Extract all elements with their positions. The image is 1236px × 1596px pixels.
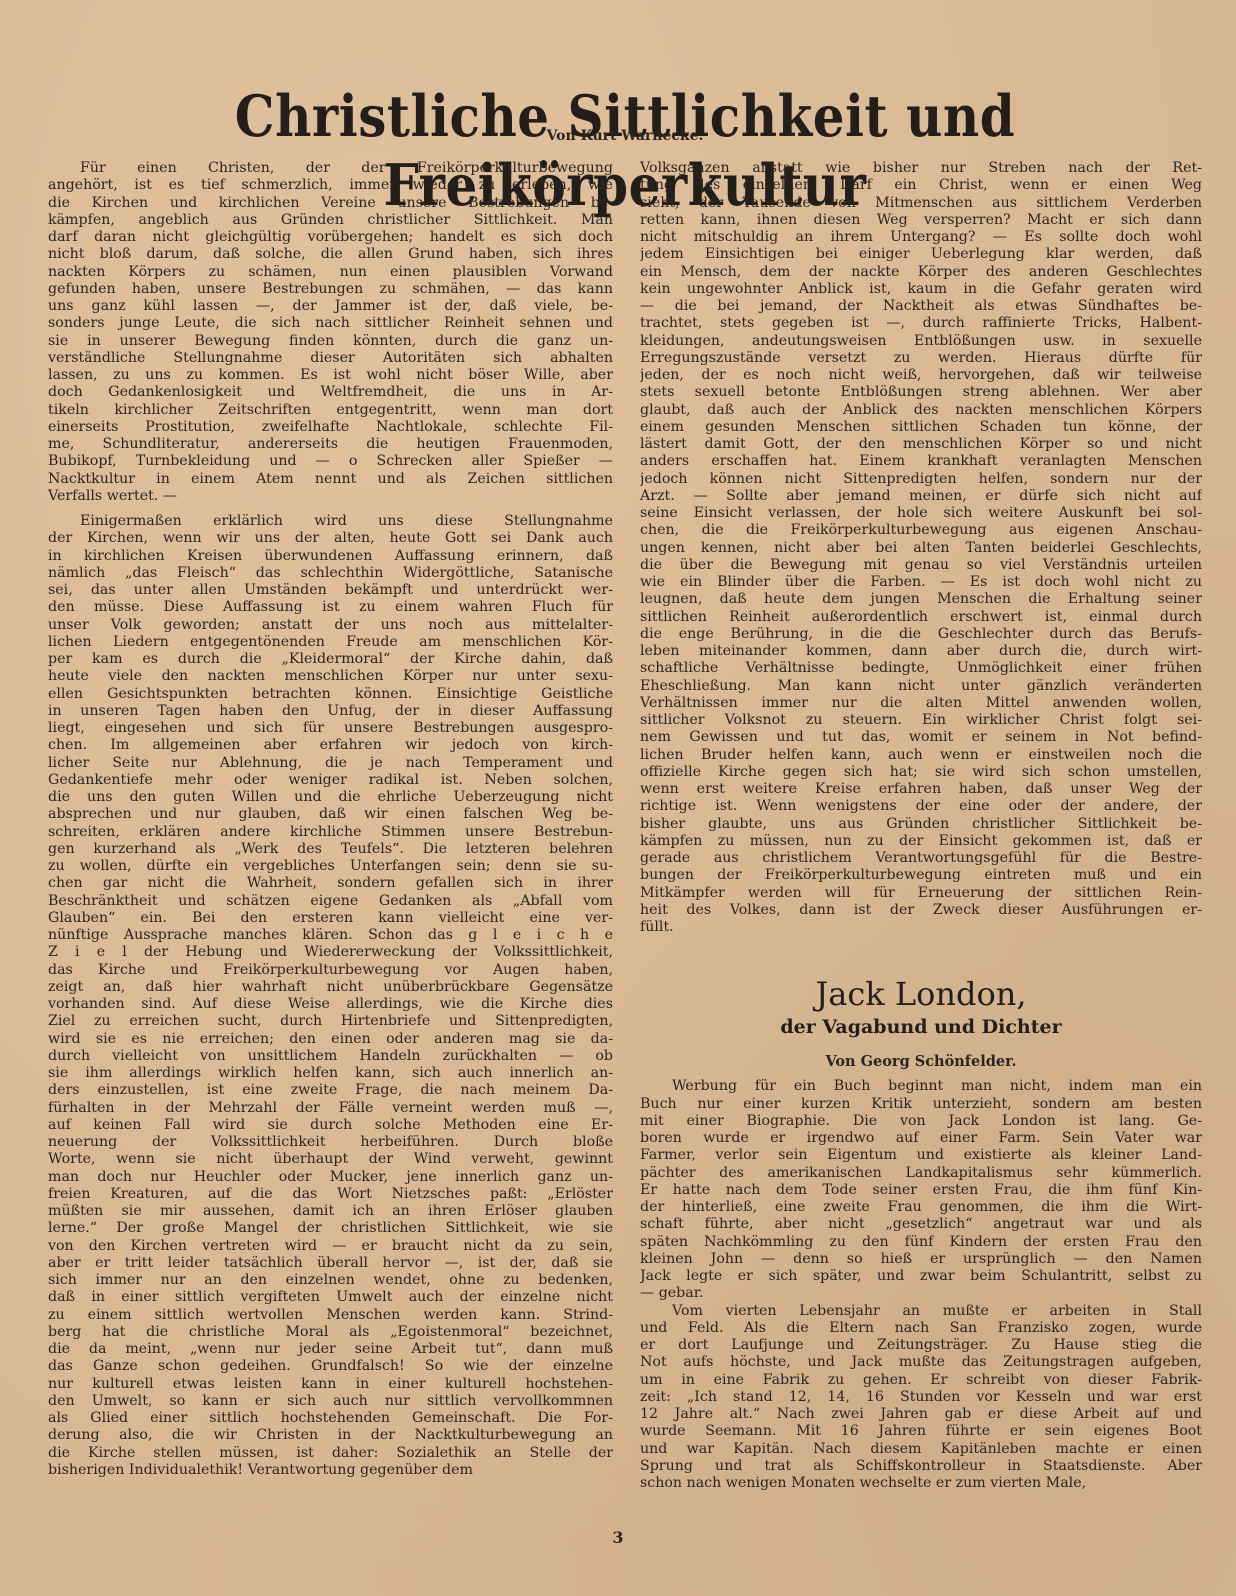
text-line: lichen Liedern entgegentönenden Freude a…	[48, 634, 613, 651]
second-article-paragraph-1: Werbung für ein Buch beginnt man nicht, …	[640, 1078, 1202, 1302]
text-line: zu wollen, dürfte ein vergebliches Unter…	[48, 858, 613, 875]
text-line: nünftige Aussprache manches klären. Scho…	[48, 927, 613, 944]
text-line: auf keinen Fall wird sie durch solche Me…	[48, 1117, 613, 1134]
text-line: uns ganz kühl lassen —, der Jammer ist d…	[48, 298, 613, 315]
page-number: 3	[608, 1528, 628, 1547]
text-line: Farmer, verlor sein Eigentum und existie…	[640, 1147, 1202, 1164]
text-line: leben miteinander kommen, dann aber durc…	[640, 643, 1202, 660]
text-line: ders einzustellen, ist eine zweite Frage…	[48, 1082, 613, 1099]
text-line: das Kirche und Freikörperkulturbewegung …	[48, 962, 613, 979]
text-line: und Feld. Als die Eltern nach San Franzi…	[640, 1320, 1202, 1337]
text-line: 12 Jahre alt.“ Nach zwei Jahren gab er d…	[640, 1406, 1202, 1423]
text-line: Werbung für ein Buch beginnt man nicht, …	[640, 1078, 1202, 1095]
text-line: tung des einzelnen! Darf ein Christ, wen…	[640, 177, 1202, 194]
text-line: lichen Bruder helfen kann, auch wenn er …	[640, 747, 1202, 764]
second-article-subtitle: der Vagabund und Dichter	[640, 1014, 1202, 1040]
text-line: chen gar nicht die Wahrheit, sondern gef…	[48, 875, 613, 892]
second-article-paragraph-2: Vom vierten Lebensjahr an mußte er arbei…	[640, 1303, 1202, 1493]
text-line: trachtet, stets gegeben ist —, durch raf…	[640, 315, 1202, 332]
text-line: per kam es durch die „Kleidermoral“ der …	[48, 651, 613, 668]
newspaper-page: Christliche Sittlichkeit und Freikörperk…	[0, 0, 1236, 1596]
text-line: wenn erst weitere Kreise erfahren haben,…	[640, 781, 1202, 798]
text-line: die Kirche stellen müssen, ist daher: So…	[48, 1445, 613, 1462]
text-line: verständliche Stellungnahme dieser Autor…	[48, 350, 613, 367]
article-byline: Von Kurt Warnecke.	[40, 128, 1210, 144]
text-line: nicht bloß darum, daß solche, die allen …	[48, 246, 613, 263]
text-line: zu einem sittlich wertvollen Menschen we…	[48, 1307, 613, 1324]
text-line: schreiten, erklären andere kirchliche St…	[48, 824, 613, 841]
text-line: wurde Seemann. Mit 16 Jahren führte er s…	[640, 1423, 1202, 1440]
text-line: chen, die die Freikörperkulturbewegung a…	[640, 522, 1202, 539]
text-line: Verhältnissen immer nur die alten Mittel…	[640, 695, 1202, 712]
text-line: als Glied einer sittlich hochstehenden G…	[48, 1410, 613, 1427]
text-line: lästert damit Gott, der den menschlichen…	[640, 436, 1202, 453]
text-line: sei, das unter allen Umständen bekämpft …	[48, 582, 613, 599]
second-article: Jack London, der Vagabund und Dichter Vo…	[640, 974, 1202, 1492]
text-line: kämpfen zu müssen, nun zu der Einsicht g…	[640, 833, 1202, 850]
text-line: lerne.“ Der große Mangel der christliche…	[48, 1220, 613, 1237]
text-line: stets sexuell betonte Entblößungen stren…	[640, 384, 1202, 401]
text-line: die enge Berührung, in die die Geschlech…	[640, 626, 1202, 643]
text-line: kleidungen, andeutungsweisen Entblößunge…	[640, 333, 1202, 350]
text-line: nackten Körpers zu schämen, nun einen pl…	[48, 264, 613, 281]
second-article-byline: Von Georg Schönfelder.	[640, 1052, 1202, 1072]
text-line: Buch nur einer kurzen Kritik unterzieht,…	[640, 1096, 1202, 1113]
text-line: unser Volk geworden; anstatt der uns noc…	[48, 617, 613, 634]
text-line: Verfalls wertet. —	[48, 488, 613, 505]
text-line: durch vielleicht von unsittlichem Handel…	[48, 1048, 613, 1065]
text-line: Erregungszustände versetzt zu werden. Hi…	[640, 350, 1202, 367]
text-line: aber er tritt leider tatsächlich überall…	[48, 1255, 613, 1272]
text-line: jeden, der es noch nicht weiß, hervorgeh…	[640, 367, 1202, 384]
text-line: gen kurzerhand als „Werk des Teufels“. D…	[48, 841, 613, 858]
text-line: nem Gewissen und tut das, womit er seine…	[640, 729, 1202, 746]
text-line: liegt, eingesehen und sich für unsere Be…	[48, 720, 613, 737]
text-line: glaubt, daß auch der Anblick des nackten…	[640, 402, 1202, 419]
text-line: lassen, zu uns zu kommen. Es ist wohl ni…	[48, 367, 613, 384]
text-line: heit des Volkes, dann ist der Zweck dies…	[640, 902, 1202, 919]
text-line: offizielle Kirche gegen sich hat; sie wi…	[640, 764, 1202, 781]
article-continuation: Volksganzen anstatt wie bisher nur Streb…	[640, 160, 1202, 936]
text-line: Ziel zu erreichen sucht, durch Hirtenbri…	[48, 1013, 613, 1030]
text-line: vorhanden sind. Auf diese Weise allerdin…	[48, 996, 613, 1013]
text-line: daß in einer sittlich vergifteten Umwelt…	[48, 1289, 613, 1306]
text-line: späten Nachkömmling zu den fünf Kindern …	[640, 1234, 1202, 1251]
text-line: fürhalten in der Mehrzahl der Fälle vern…	[48, 1100, 613, 1117]
text-line: von den Kirchen vertreten wird — er brau…	[48, 1238, 613, 1255]
text-line: kein ungewohnter Anblick ist, kaum in di…	[640, 281, 1202, 298]
text-line: gerade aus christlichem Verantwortungsge…	[640, 850, 1202, 867]
text-line: die da meint, „wenn nur jeder seine Arbe…	[48, 1341, 613, 1358]
text-line: Sprung und trat als Schiffskontrolleur i…	[640, 1458, 1202, 1475]
text-line: den müsse. Diese Auffassung ist zu einem…	[48, 599, 613, 616]
text-line: sittlicher Volksnot zu steuern. Ein wirk…	[640, 712, 1202, 729]
text-line: kleinen John — denn so hieß er ursprüngl…	[640, 1251, 1202, 1268]
text-line: darf daran nicht gleichgültig vorübergeh…	[48, 229, 613, 246]
text-line: sie ihm allerdings wirklich helfen kann,…	[48, 1065, 613, 1082]
text-line: einem gesunden Menschen sittlichen Schad…	[640, 419, 1202, 436]
right-column: Volksganzen anstatt wie bisher nur Streb…	[640, 160, 1202, 1492]
text-line: derung also, die wir Christen in der Nac…	[48, 1427, 613, 1444]
text-line: mit einer Biographie. Die von Jack Londo…	[640, 1113, 1202, 1130]
text-line: zeigt an, daß hier wahrhaft nicht unüber…	[48, 979, 613, 996]
text-line: Er hatte nach dem Tode seiner ersten Fra…	[640, 1182, 1202, 1199]
text-line: Beschränktheit und schätzen eigene Gedan…	[48, 893, 613, 910]
text-line: schon nach wenigen Monaten wechselte er …	[640, 1475, 1202, 1492]
text-line: gefunden haben, unsere Bestrebungen zu s…	[48, 281, 613, 298]
left-column: Für einen Christen, der der Freikörperku…	[48, 160, 613, 1479]
text-line: Für einen Christen, der der Freikörperku…	[48, 160, 613, 177]
text-line: jedem Einsichtigen bei einiger Ueberlegu…	[640, 246, 1202, 263]
text-line: zeit: „Ich stand 12, 14, 16 Stunden vor …	[640, 1389, 1202, 1406]
text-line: die über die Bewegung mit genau so viel …	[640, 557, 1202, 574]
text-line: — die bei jemand, der Nacktheit als etwa…	[640, 298, 1202, 315]
text-line: kämpfen, angeblich aus Gründen christlic…	[48, 212, 613, 229]
text-line: den Umwelt, so kann er sich auch nur sit…	[48, 1393, 613, 1410]
text-line: absprechen und nur glauben, daß wir eine…	[48, 806, 613, 823]
text-line: — gebar.	[640, 1285, 1202, 1302]
text-line: bisher glaubte, uns aus Gründen christli…	[640, 816, 1202, 833]
second-article-title: Jack London,	[640, 974, 1202, 1014]
text-line: pächter des amerikanischen Landkapitalis…	[640, 1165, 1202, 1182]
text-line: richtige ist. Wenn wenigstens der eine o…	[640, 798, 1202, 815]
text-line: angehört, ist es tief schmerzlich, immer…	[48, 177, 613, 194]
text-line: freien Kreaturen, auf die das Wort Nietz…	[48, 1186, 613, 1203]
text-line: Volksganzen anstatt wie bisher nur Streb…	[640, 160, 1202, 177]
text-line: tikeln kirchlicher Zeitschriften entgege…	[48, 402, 613, 419]
text-line: Gedankentiefe mehr oder weniger radikal …	[48, 772, 613, 789]
text-line: ellen Gesichtspunkten betrachten können.…	[48, 686, 613, 703]
text-line: sittlichen Reinheit außerordentlich ersc…	[640, 609, 1202, 626]
text-line: wird sie es nie erreichen; den einen ode…	[48, 1031, 613, 1048]
text-line: in unseren Tagen haben den Unfug, der in…	[48, 703, 613, 720]
text-line: berg hat die christliche Moral als „Egoi…	[48, 1324, 613, 1341]
text-line: Einigermaßen erklärlich wird uns diese S…	[48, 513, 613, 530]
text-line: Bubikopf, Turnbekleidung und — o Schreck…	[48, 453, 613, 470]
text-line: sie in unserer Bewegung finden könnten, …	[48, 333, 613, 350]
text-line: Z i e l der Hebung und Wiedererweckung d…	[48, 944, 613, 961]
text-line: doch Gedankenlosigkeit und Weltfremdheit…	[48, 384, 613, 401]
text-line: seine Einsicht verlassen, der hole sich …	[640, 505, 1202, 522]
text-line: die Kirchen und kirchlichen Vereine unse…	[48, 195, 613, 212]
text-line: anders erschaffen hat. Einem krankhaft v…	[640, 453, 1202, 470]
text-line: heute viele den nackten menschlichen Kör…	[48, 668, 613, 685]
text-line: Arzt. — Sollte aber jemand meinen, er dü…	[640, 488, 1202, 505]
text-line: sonders junge Leute, die sich nach sittl…	[48, 315, 613, 332]
article-paragraph-1: Für einen Christen, der der Freikörperku…	[48, 160, 613, 505]
text-line: sich immer nur an den einzelnen wendet, …	[48, 1272, 613, 1289]
text-line: licher Seite nur Ablehnung, die je nach …	[48, 755, 613, 772]
text-line: der hinterließ, eine zweite Frau genomme…	[640, 1199, 1202, 1216]
text-line: müßten sie mir aussehen, damit ich an ih…	[48, 1203, 613, 1220]
text-line: retten kann, ihnen diesen Weg versperren…	[640, 212, 1202, 229]
text-line: leugnen, daß heute dem jungen Menschen d…	[640, 591, 1202, 608]
text-line: Worte, wenn sie nicht überhaupt der Wind…	[48, 1151, 613, 1168]
text-line: die uns den guten Willen und die ehrlich…	[48, 789, 613, 806]
text-line: man doch nur Heuchler oder Mucker, jene …	[48, 1169, 613, 1186]
text-line: ungen kennen, nicht aber bei alten Tante…	[640, 540, 1202, 557]
text-line: wie ein Blinder über die Farben. — Es is…	[640, 574, 1202, 591]
text-line: nur kulturell etwas leisten kann in eine…	[48, 1376, 613, 1393]
text-line: jedoch können nicht Sittenpredigten helf…	[640, 471, 1202, 488]
text-line: schaft führte, aber nicht „gesetzlich“ a…	[640, 1216, 1202, 1233]
text-line: Mitkämpfer werden will für Erneuerung de…	[640, 885, 1202, 902]
text-line: und war Kapitän. Nach diesem Kapitänlebe…	[640, 1441, 1202, 1458]
text-line: chen. Im allgemeinen aber erfahren wir j…	[48, 737, 613, 754]
text-line: Jack legte er sich später, und zwar beim…	[640, 1268, 1202, 1285]
text-line: bungen der Freikörperkulturbewegung eint…	[640, 867, 1202, 884]
text-line: boren wurde er irgendwo auf einer Farm. …	[640, 1130, 1202, 1147]
text-line: me, Schundliteratur, andererseits die he…	[48, 436, 613, 453]
text-line: Eheschließung. Man kann nicht unter gänz…	[640, 678, 1202, 695]
text-line: füllt.	[640, 919, 1202, 936]
text-line: um in eine Fabrik zu gehen. Er schreibt …	[640, 1372, 1202, 1389]
text-line: er dort Laufjunge und Zeitungsträger. Zu…	[640, 1337, 1202, 1354]
text-line: ein Mensch, dem der nackte Körper des an…	[640, 264, 1202, 281]
text-line: nämlich „das Fleisch“ das schlechthin Wi…	[48, 565, 613, 582]
text-line: Not aufs höchste, und Jack mußte das Zei…	[640, 1354, 1202, 1371]
text-line: sieht, der Tausende von Mitmenschen aus …	[640, 195, 1202, 212]
article-paragraph-2: Einigermaßen erklärlich wird uns diese S…	[48, 513, 613, 1479]
text-line: Glauben“ ein. Bei den ersteren kann viel…	[48, 910, 613, 927]
text-line: Vom vierten Lebensjahr an mußte er arbei…	[640, 1303, 1202, 1320]
text-line: das Ganze schon gedeihen. Grundfalsch! S…	[48, 1358, 613, 1375]
text-line: nicht mitschuldig an ihrem Untergang? — …	[640, 229, 1202, 246]
text-line: in kirchlichen Kreisen überwundenen Auff…	[48, 548, 613, 565]
text-line: der Kirchen, wenn wir uns der alten, heu…	[48, 530, 613, 547]
text-line: neuerung der Volkssittlichkeit herbeifüh…	[48, 1134, 613, 1151]
text-line: schaftliche Verhältnisse bedingte, Unmög…	[640, 660, 1202, 677]
text-line: einerseits Prostitution, zweifelhafte Na…	[48, 419, 613, 436]
text-line: Nacktkultur in einem Atem nennt und als …	[48, 471, 613, 488]
text-line: bisherigen Individualethik! Verantwortun…	[48, 1462, 613, 1479]
